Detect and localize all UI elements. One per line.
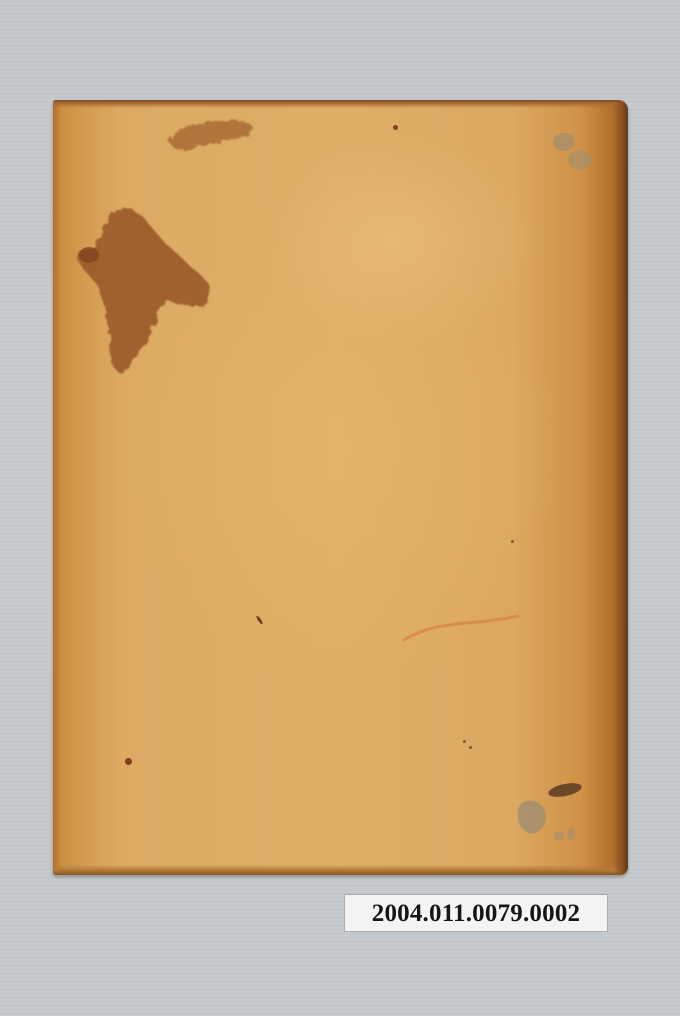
book-top-edge bbox=[53, 100, 628, 108]
speck bbox=[125, 758, 132, 765]
scratch-mark bbox=[398, 610, 523, 645]
book-left-edge bbox=[53, 100, 61, 875]
speck bbox=[463, 740, 466, 743]
stain-top-right bbox=[550, 128, 600, 178]
stain-top-edge bbox=[163, 114, 258, 154]
catalog-number-label: 2004.011.0079.0002 bbox=[345, 895, 607, 931]
speck bbox=[393, 125, 398, 130]
speck bbox=[255, 615, 263, 625]
book-cover bbox=[53, 100, 628, 875]
book-spine-edge bbox=[614, 100, 628, 875]
stain-bottom-right bbox=[513, 776, 593, 851]
stain-large-upper-left bbox=[75, 203, 215, 378]
book-bottom-edge bbox=[53, 865, 628, 875]
speck bbox=[469, 746, 472, 749]
catalog-number-text: 2004.011.0079.0002 bbox=[372, 901, 580, 926]
speck bbox=[511, 540, 514, 543]
